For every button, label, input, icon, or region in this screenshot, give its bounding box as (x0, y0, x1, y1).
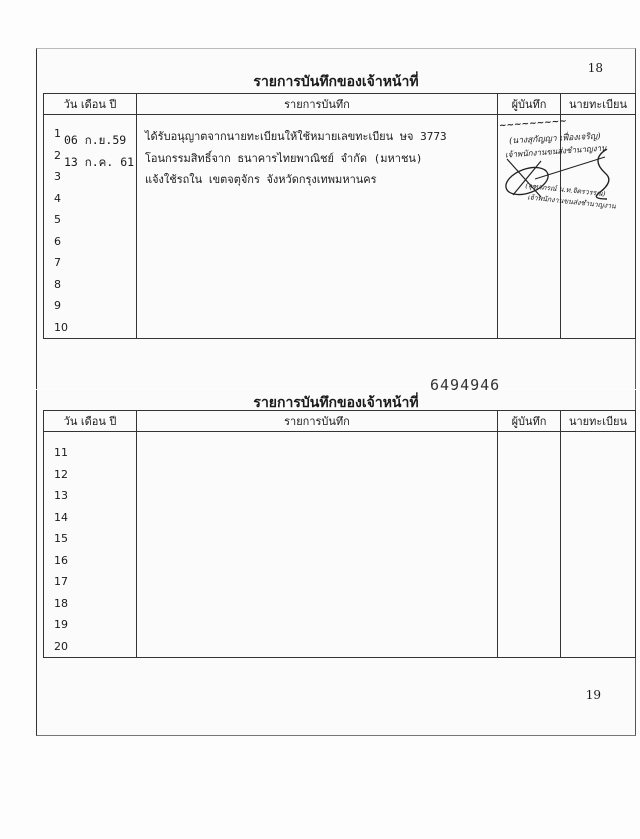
reg-cell (561, 593, 636, 615)
table-row: 13 (44, 485, 636, 507)
header-entry: รายการบันทึก (137, 94, 498, 115)
table-row: 10 (44, 317, 636, 339)
date-cell: 6 (44, 231, 137, 253)
rec-cell (498, 636, 561, 658)
reg-cell (561, 231, 636, 253)
entry-cell (137, 528, 498, 550)
table-row: 20 (44, 636, 636, 658)
table-row: 12 (44, 464, 636, 486)
date-cell: 15 (44, 528, 137, 550)
entry-cell: แจ้งใช้รถใน เขตจตุจักร จังหวัดกรุงเทพมหา… (137, 166, 498, 188)
entry-text: โอนกรรมสิทธิ์จาก ธนาคารไทยพาณิชย์ จำกัด … (145, 149, 423, 167)
entry-cell (137, 295, 498, 317)
date-cell: 20 (44, 636, 137, 658)
table-row: 15 (44, 528, 636, 550)
entry-cell (137, 485, 498, 507)
header-entry: รายการบันทึก (137, 411, 498, 432)
signature-stamp: ~~~~~~~~~ (นางสุกัญญา เฟื่องเจริญ) เจ้าพ… (495, 119, 635, 229)
reg-cell (561, 274, 636, 296)
row-number: 8 (54, 278, 61, 291)
row-number: 9 (54, 299, 61, 312)
reg-cell (561, 485, 636, 507)
date-cell: 106 ก.ย.59 (44, 115, 137, 145)
rec-cell (498, 231, 561, 253)
entry-text: ได้รับอนุญาตจากนายทะเบียนให้ใช้หมายเลขทะ… (145, 127, 447, 145)
date-cell: 10 (44, 317, 137, 339)
table-row: 8 (44, 274, 636, 296)
entry-cell: โอนกรรมสิทธิ์จาก ธนาคารไทยพาณิชย์ จำกัด … (137, 145, 498, 167)
row-number: 19 (54, 618, 68, 631)
rec-cell (498, 507, 561, 529)
reg-cell (561, 295, 636, 317)
rec-cell (498, 274, 561, 296)
reg-cell (561, 317, 636, 339)
date-cell: 7 (44, 252, 137, 274)
entry-cell (137, 231, 498, 253)
entry-cell (137, 432, 498, 464)
date-cell: 17 (44, 571, 137, 593)
date-cell: 18 (44, 593, 137, 615)
date-cell: 19 (44, 614, 137, 636)
row-number: 1 (54, 127, 61, 140)
section-title: รายการบันทึกของเจ้าหน้าที่ (37, 71, 635, 93)
entry-cell (137, 209, 498, 231)
entry-cell (137, 317, 498, 339)
row-number: 10 (54, 321, 68, 334)
date-cell: 5 (44, 209, 137, 231)
header-recorder: ผู้บันทึก (498, 94, 561, 115)
date-cell: 3 (44, 166, 137, 188)
date-cell: 16 (44, 550, 137, 572)
rec-cell (498, 614, 561, 636)
reg-cell (561, 636, 636, 658)
entry-text: แจ้งใช้รถใน เขตจตุจักร จังหวัดกรุงเทพมหา… (145, 170, 377, 188)
date-cell: 4 (44, 188, 137, 210)
date-cell: 14 (44, 507, 137, 529)
entry-cell (137, 464, 498, 486)
row-number: 15 (54, 532, 68, 545)
row-number: 4 (54, 192, 61, 205)
row-number: 11 (54, 446, 68, 459)
rec-cell (498, 550, 561, 572)
row-number: 16 (54, 554, 68, 567)
entry-cell: ได้รับอนุญาตจากนายทะเบียนให้ใช้หมายเลขทะ… (137, 115, 498, 145)
entry-cell (137, 252, 498, 274)
header-registrar: นายทะเบียน (561, 94, 636, 115)
reg-cell (561, 252, 636, 274)
date-cell: 11 (44, 432, 137, 464)
rec-cell (498, 571, 561, 593)
rec-cell (498, 317, 561, 339)
row-number: 12 (54, 468, 68, 481)
date-cell: 8 (44, 274, 137, 296)
record-page-19: รายการบันทึกของเจ้าหน้าที่ วัน เดือน ปี … (36, 390, 636, 736)
entry-cell (137, 571, 498, 593)
date-cell: 9 (44, 295, 137, 317)
entry-cell (137, 274, 498, 296)
date-cell: 13 (44, 485, 137, 507)
table-row: 18 (44, 593, 636, 615)
reg-cell (561, 464, 636, 486)
reg-cell (561, 432, 636, 464)
reg-cell (561, 550, 636, 572)
table-row: 6 (44, 231, 636, 253)
date-cell: 12 (44, 464, 137, 486)
row-number: 13 (54, 489, 68, 502)
rec-cell (498, 464, 561, 486)
table-row: 11 (44, 432, 636, 464)
rec-cell (498, 252, 561, 274)
reg-cell (561, 571, 636, 593)
row-number: 14 (54, 511, 68, 524)
entry-cell (137, 550, 498, 572)
reg-cell (561, 614, 636, 636)
entry-cell (137, 636, 498, 658)
entry-cell (137, 593, 498, 615)
entry-cell (137, 188, 498, 210)
rec-cell (498, 295, 561, 317)
entry-cell (137, 507, 498, 529)
header-registrar: นายทะเบียน (561, 411, 636, 432)
reg-cell (561, 507, 636, 529)
header-date: วัน เดือน ปี (44, 94, 137, 115)
rec-cell (498, 593, 561, 615)
header-recorder: ผู้บันทึก (498, 411, 561, 432)
table-row: 7 (44, 252, 636, 274)
table-row: 16 (44, 550, 636, 572)
rec-cell (498, 432, 561, 464)
table-row: 19 (44, 614, 636, 636)
record-page-18: 18 รายการบันทึกของเจ้าหน้าที่ วัน เดือน … (36, 48, 636, 389)
row-number: 7 (54, 256, 61, 269)
rec-cell (498, 528, 561, 550)
table-row: 17 (44, 571, 636, 593)
rec-cell (498, 485, 561, 507)
table-row: 14 (44, 507, 636, 529)
row-number: 5 (54, 213, 61, 226)
entry-cell (137, 614, 498, 636)
row-number: 17 (54, 575, 68, 588)
row-number: 3 (54, 170, 61, 183)
row-number: 20 (54, 640, 68, 653)
officer-record-table: วัน เดือน ปี รายการบันทึก ผู้บันทึก นายท… (43, 410, 636, 658)
row-number: 6 (54, 235, 61, 248)
row-number: 2 (54, 149, 61, 162)
row-number: 18 (54, 597, 68, 610)
page-number: 19 (586, 688, 601, 702)
header-date: วัน เดือน ปี (44, 411, 137, 432)
date-cell: 213 ก.ค. 61 (44, 145, 137, 167)
reg-cell (561, 528, 636, 550)
table-row: 9 (44, 295, 636, 317)
